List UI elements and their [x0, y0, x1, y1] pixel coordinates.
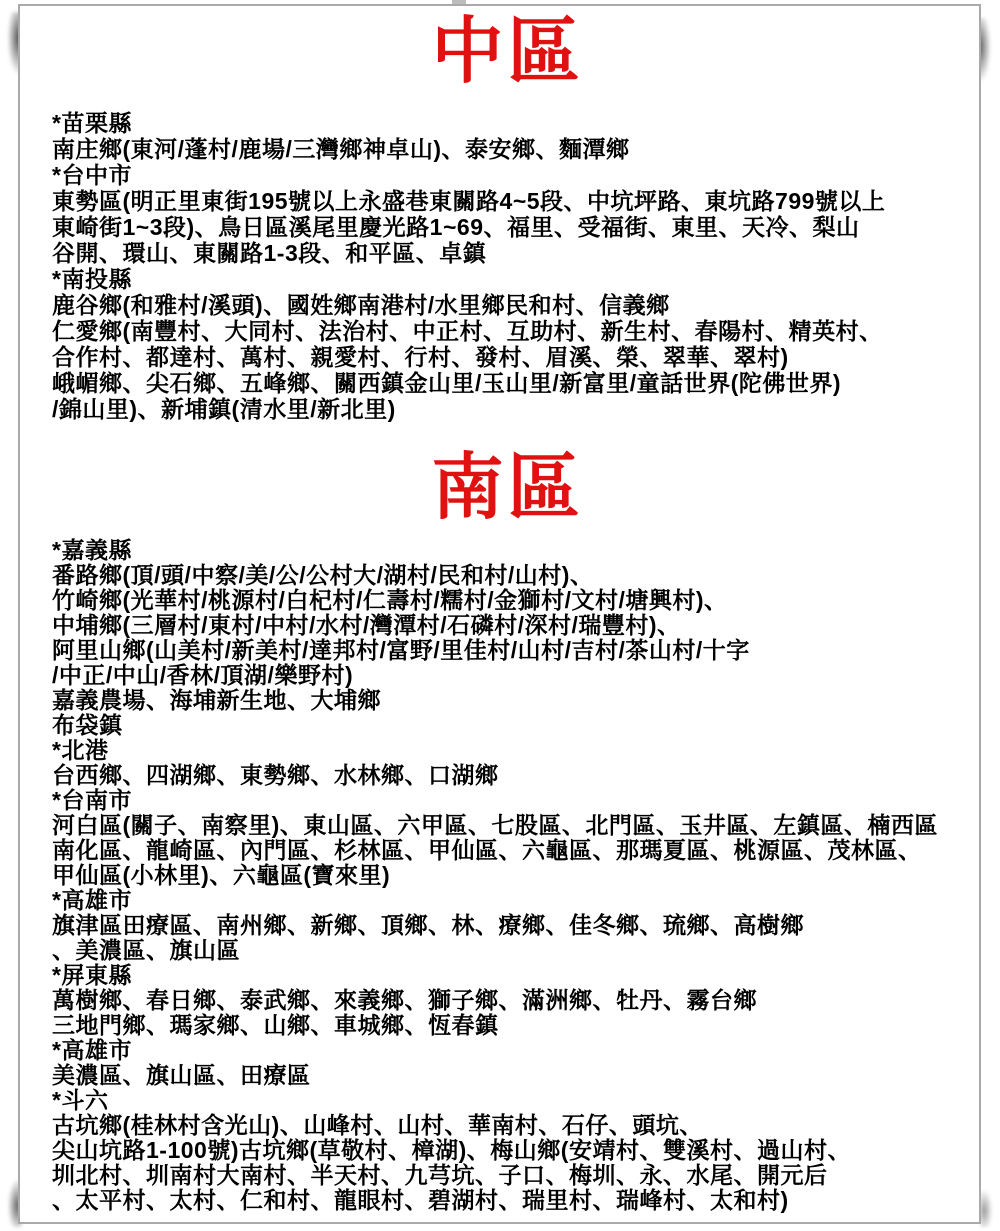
page-content: 中區 *苗栗縣南庄鄉(東河/蓬村/鹿場/三灣鄉神卓山)、泰安鄉、麵潭鄉*台中市東…: [20, 6, 979, 1213]
text-line: 合作村、都達村、萬村、親愛村、行村、發村、眉溪、榮、翠華、翠村): [52, 344, 963, 370]
text-line: *南投縣: [52, 266, 963, 292]
text-line: 東崎街1~3段)、鳥日區溪尾里慶光路1~69、福里、受福街、東里、天冷、梨山: [52, 214, 963, 240]
text-line: 谷開、環山、東關路1-3段、和平區、卓鎮: [52, 240, 963, 266]
text-line: 布袋鎮: [52, 713, 963, 738]
text-line: 美濃區、旗山區、田療區: [52, 1063, 963, 1088]
text-line: 台西鄉、四湖鄉、東勢鄉、水林鄉、口湖鄉: [52, 763, 963, 788]
text-line: *台中市: [52, 162, 963, 188]
text-line: /中正/中山/香林/頂湖/樂野村): [52, 663, 963, 688]
text-line: *苗栗縣: [52, 110, 963, 136]
text-line: 竹崎鄉(光華村/桃源村/白杞村/仁壽村/糯村/金獅村/文村/塘興村)、: [52, 588, 963, 613]
text-line: 萬樹鄉、春日鄉、泰武鄉、來義鄉、獅子鄉、滿洲鄉、牡丹、霧台鄉: [52, 988, 963, 1013]
text-line: 甲仙區(小林里)、六龜區(寶來里): [52, 863, 963, 888]
text-line: *高雄市: [52, 888, 963, 913]
text-line: 仁愛鄉(南豐村、大同村、法治村、中正村、互助村、新生村、春陽村、精英村、: [52, 318, 963, 344]
central-region-heading: 中區: [52, 10, 963, 94]
text-line: *斗六: [52, 1088, 963, 1113]
text-line: 南化區、龍崎區、內門區、杉林區、甲仙區、六龜區、那瑪夏區、桃源區、茂林區、: [52, 838, 963, 863]
text-line: 嘉義農場、海埔新生地、大埔鄉: [52, 688, 963, 713]
document-page: 中區 *苗栗縣南庄鄉(東河/蓬村/鹿場/三灣鄉神卓山)、泰安鄉、麵潭鄉*台中市東…: [18, 4, 981, 1224]
text-line: 河白區(關子、南察里)、東山區、六甲區、七股區、北門區、玉井區、左鎮區、楠西區: [52, 813, 963, 838]
central-region-lines: *苗栗縣南庄鄉(東河/蓬村/鹿場/三灣鄉神卓山)、泰安鄉、麵潭鄉*台中市東勢區(…: [52, 110, 963, 422]
text-line: 鹿谷鄉(和雅村/溪頭)、國姓鄉南港村/水里鄉民和村、信義鄉: [52, 292, 963, 318]
text-line: /錦山里)、新埔鎮(清水里/新北里): [52, 396, 963, 422]
section-south-region: 南區 *嘉義縣番路鄉(頂/頭/中察/美/公/公村大/湖村/民和村/山村)、竹崎鄉…: [52, 446, 963, 1213]
text-line: 旗津區田療區、南州鄉、新鄉、頂鄉、林、療鄉、佳冬鄉、琉鄉、高樹鄉: [52, 913, 963, 938]
south-region-lines: *嘉義縣番路鄉(頂/頭/中察/美/公/公村大/湖村/民和村/山村)、竹崎鄉(光華…: [52, 538, 963, 1213]
text-line: 、太平村、太村、仁和村、龍眼村、碧湖村、瑞里村、瑞峰村、太和村): [52, 1188, 963, 1213]
text-line: *屏東縣: [52, 963, 963, 988]
text-line: 峨嵋鄉、尖石鄉、五峰鄉、關西鎮金山里/玉山里/新富里/童話世界(陀佛世界): [52, 370, 963, 396]
text-line: 古坑鄉(桂林村含光山)、山峰村、山村、華南村、石仔、頭坑、: [52, 1113, 963, 1138]
text-line: 番路鄉(頂/頭/中察/美/公/公村大/湖村/民和村/山村)、: [52, 563, 963, 588]
text-line: 圳北村、圳南村大南村、半天村、九芎坑、子口、梅圳、永、水尾、開元后: [52, 1163, 963, 1188]
text-line: 尖山坑路1-100號)古坑鄉(草敬村、樟湖)、梅山鄉(安靖村、雙溪村、過山村、: [52, 1138, 963, 1163]
text-line: 中埔鄉(三層村/東村/中村/水村/灣潭村/石磷村/深村/瑞豐村)、: [52, 613, 963, 638]
text-line: 、美濃區、旗山區: [52, 938, 963, 963]
corner-shadow-bottom-right: [980, 1162, 1000, 1227]
text-line: 東勢區(明正里東街195號以上永盛巷東關路4~5段、中坑坪路、東坑路799號以上: [52, 188, 963, 214]
text-line: 阿里山鄉(山美村/新美村/達邦村/富野/里佳村/山村/吉村/茶山村/十字: [52, 638, 963, 663]
text-line: *台南市: [52, 788, 963, 813]
south-region-heading: 南區: [52, 446, 963, 530]
text-line: *高雄市: [52, 1038, 963, 1063]
text-line: *北港: [52, 738, 963, 763]
text-line: 南庄鄉(東河/蓬村/鹿場/三灣鄉神卓山)、泰安鄉、麵潭鄉: [52, 136, 963, 162]
text-line: *嘉義縣: [52, 538, 963, 563]
text-line: 三地門鄉、瑪家鄉、山鄉、車城鄉、恆春鎮: [52, 1013, 963, 1038]
section-central-region: 中區 *苗栗縣南庄鄉(東河/蓬村/鹿場/三灣鄉神卓山)、泰安鄉、麵潭鄉*台中市東…: [52, 10, 963, 422]
